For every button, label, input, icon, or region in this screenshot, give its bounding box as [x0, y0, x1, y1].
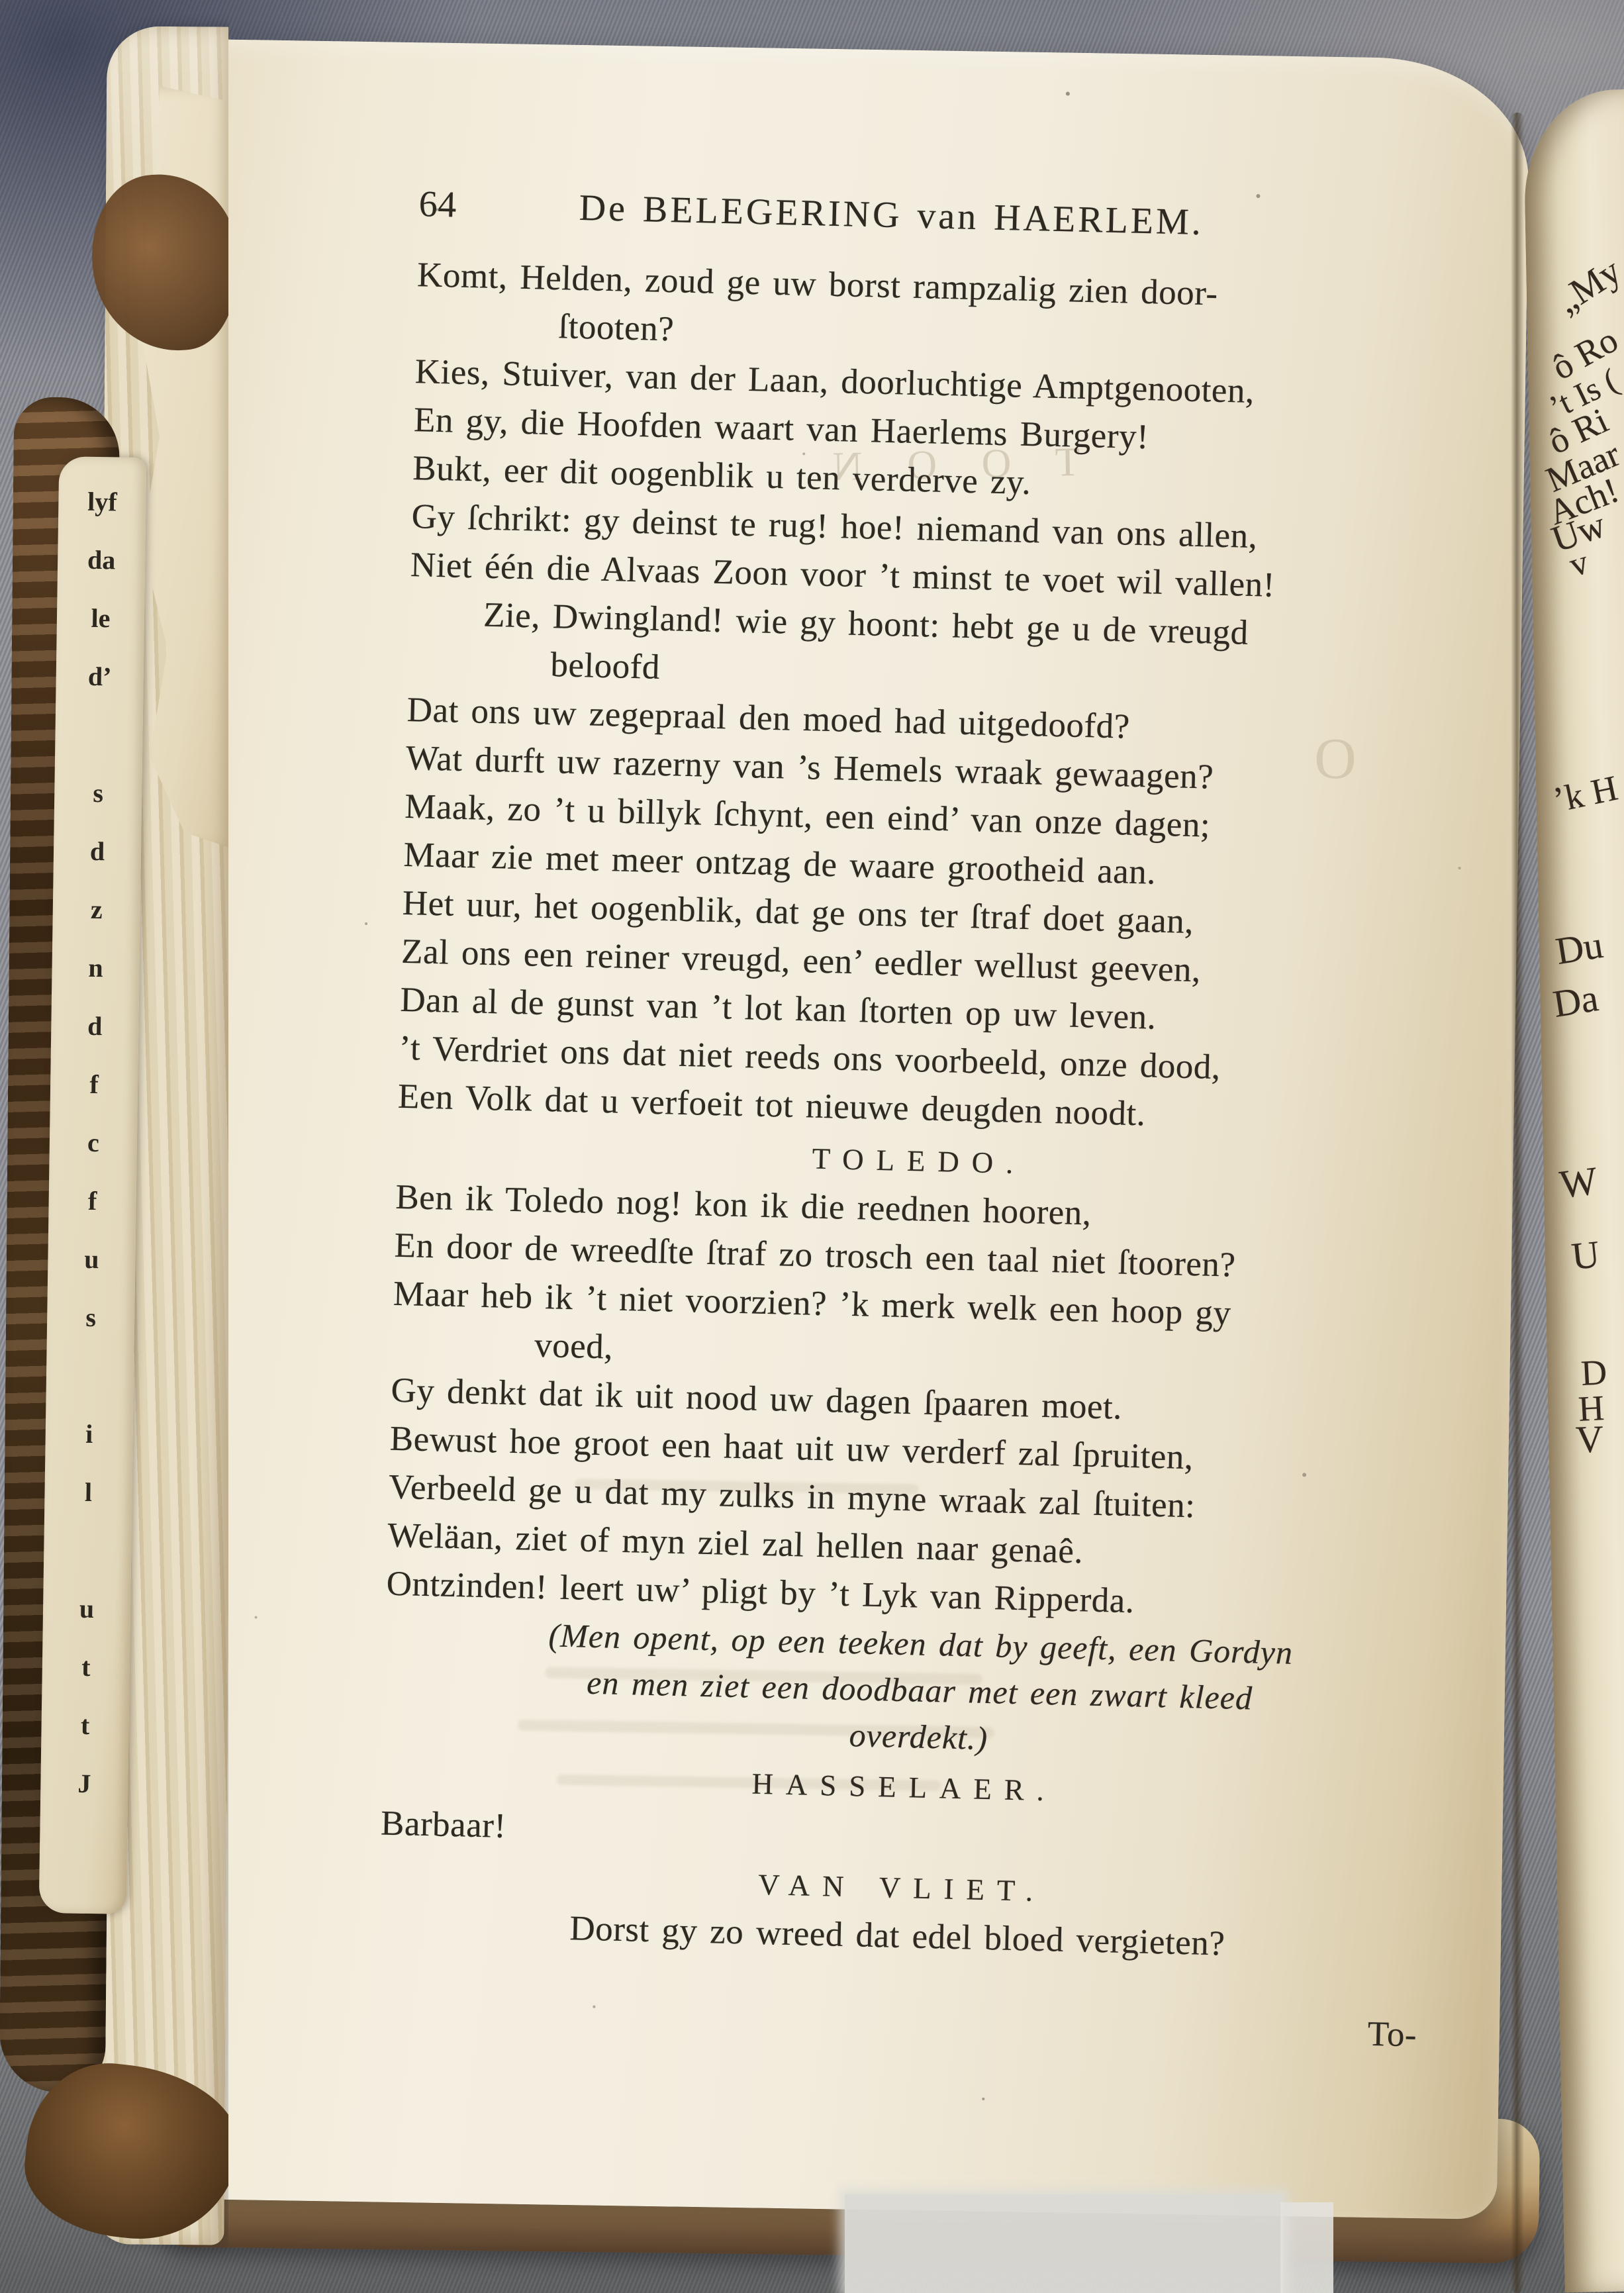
page-number: 64	[418, 180, 457, 229]
spine-letter-fragment: z	[52, 880, 140, 940]
spine-letter-fragment: n	[52, 938, 140, 998]
right-page-fragment: U	[1570, 1232, 1602, 1279]
spine-letter-fragment: t	[42, 1637, 130, 1697]
spine-letter-fragment: i	[45, 1404, 133, 1464]
spine-letter-fragment: s	[54, 763, 142, 823]
spine-letter-fragment: d	[51, 997, 139, 1056]
spine-letter-fragment: d’	[56, 647, 144, 707]
right-page-fragment: Du	[1552, 922, 1605, 973]
printed-text-block: 64 De BELEGERING van HAERLEM. Komt, Held…	[376, 180, 1491, 2060]
spine-letter-fragment: l	[44, 1463, 132, 1522]
right-page-fragment: Da	[1550, 975, 1601, 1026]
right-page-fragment: „My	[1549, 250, 1624, 322]
spine-letter-fragment: le	[56, 589, 144, 648]
right-page-fragment: ’k H	[1550, 767, 1621, 821]
spine-letter-fragment: f	[48, 1171, 136, 1231]
right-page-text-fragments: „Myô Ro’t Is (ô RiMaarAch!Uwv’k HDuDaWUD…	[1523, 0, 1624, 2293]
blur-patch-small	[1280, 2202, 1333, 2293]
blur-patch-large	[845, 2194, 1283, 2293]
left-page: T O O N O 64 De BELEGERING van HAERLEM. …	[126, 38, 1531, 2220]
spine-letter-fragment: u	[48, 1230, 136, 1289]
spine-letter-fragment	[46, 1346, 134, 1406]
spine-letter-fragment: s	[47, 1288, 135, 1347]
damaged-spine: lyfdaled’sdzndfcfusiluttJ	[0, 0, 228, 2293]
spine-letter-fragment: J	[40, 1754, 128, 1814]
spine-letter-fragment	[55, 705, 143, 765]
spine-letter-fragment	[44, 1521, 132, 1581]
right-page-fragment: V	[1575, 1416, 1604, 1461]
running-title: De BELEGERING van HAERLEM.	[579, 184, 1204, 247]
spine-letter-fragment: c	[49, 1113, 137, 1173]
right-page-fragment: W	[1557, 1158, 1600, 1208]
book-gutter-shadow	[1511, 113, 1524, 2293]
page-header: 64 De BELEGERING van HAERLEM.	[418, 180, 1490, 254]
play-text: Komt, Helden, zoud ge uw borst rampzalig…	[376, 251, 1489, 2060]
photo-of-open-antique-book: { "page": { "number": "64", "running_tit…	[0, 0, 1624, 2293]
verse-line: To-	[376, 1986, 1448, 2060]
spine-letter-fragment: d	[53, 822, 141, 881]
spine-letter-fragment: f	[50, 1055, 138, 1114]
spine-letter-fragment: da	[58, 530, 146, 590]
leather-remnant-top	[79, 163, 228, 362]
spine-letter-fragment: lyf	[58, 472, 146, 532]
spine-letter-fragment: t	[41, 1696, 129, 1755]
spine-letter-fragment: u	[42, 1579, 130, 1639]
